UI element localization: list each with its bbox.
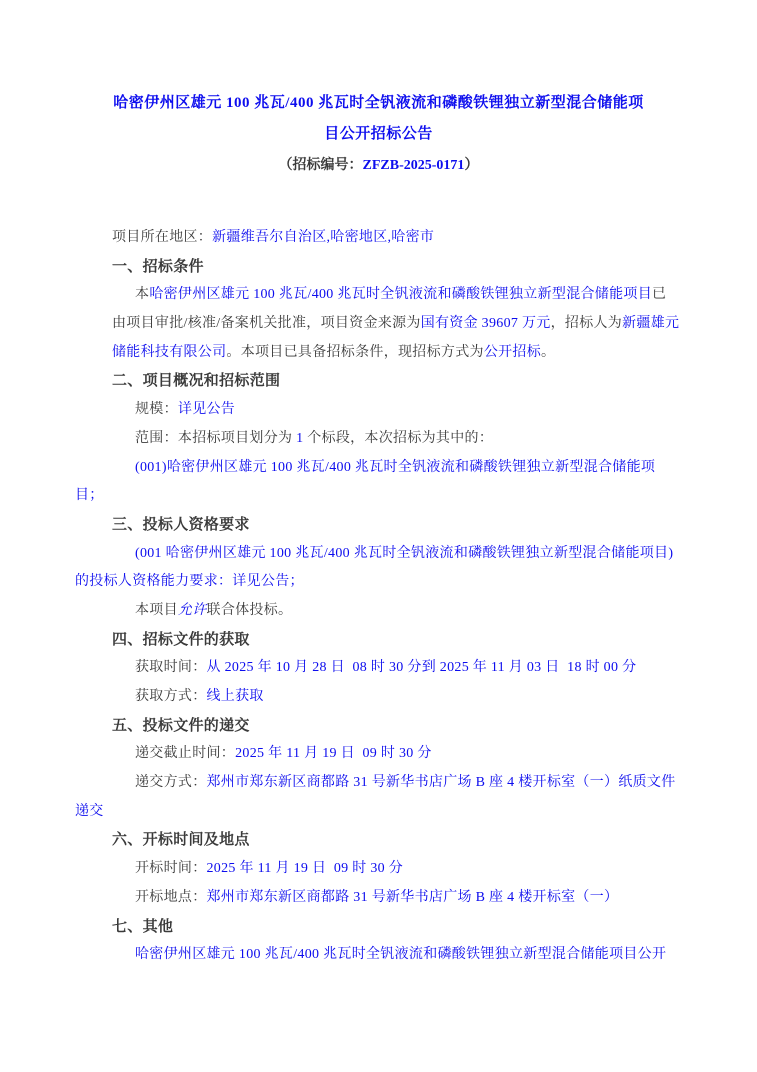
document-title-line-2: 目公开招标公告 xyxy=(0,119,757,150)
text-segment: 递交截止时间： xyxy=(135,746,235,761)
text-segment: 线上获取 xyxy=(207,689,264,704)
text-segment: 由项目审批/核准/备案机关批准，项目资金来源为 xyxy=(112,316,421,331)
text-segment: 储能科技有限公司 xyxy=(112,345,226,360)
section-1-paragraph-line-1: 本哈密伊州区雄元 100 兆瓦/400 兆瓦时全钒液流和磷酸铁锂独立新型混合储能… xyxy=(0,281,757,310)
tender-number-line: （招标编号：ZFZB-2025-0171） xyxy=(0,151,757,181)
text-segment: 郑州市郑东新区商都路 31 号新华书店广场 B 座 4 楼开标室（一） xyxy=(207,890,619,905)
tender-number-suffix: ） xyxy=(464,158,478,173)
text-segment: 递交方式： xyxy=(135,775,207,790)
text-segment: 六、开标时间及地点 xyxy=(112,832,250,848)
text-segment: 个标段，本次招标为其中的： xyxy=(303,431,493,446)
section-7-paragraph-line-1: 哈密伊州区雄元 100 兆瓦/400 兆瓦时全钒液流和磷酸铁锂独立新型混合储能项… xyxy=(0,941,757,970)
text-segment: 郑州市郑东新区商都路 31 号新华书店广场 B 座 4 楼开标室（一）纸质文件 xyxy=(207,775,676,790)
announcement-document: 哈密伊州区雄元 100 兆瓦/400 兆瓦时全钒液流和磷酸铁锂独立新型混合储能项… xyxy=(0,0,757,1072)
text-segment: 获取方式： xyxy=(135,689,207,704)
text-segment: 目； xyxy=(75,488,104,503)
text-segment: 国有资金 39607 万元 xyxy=(421,316,551,331)
submission-method-line-2: 递交 xyxy=(0,798,757,827)
section-7-heading: 七、其他 xyxy=(0,913,757,942)
text-segment: 。本项目已具备招标条件，现招标方式为 xyxy=(226,345,483,360)
opening-place-line: 开标地点：郑州市郑东新区商都路 31 号新华书店广场 B 座 4 楼开标室（一） xyxy=(0,884,757,913)
text-segment: 四、招标文件的获取 xyxy=(112,632,250,648)
section-1-paragraph-line-2: 由项目审批/核准/备案机关批准，项目资金来源为国有资金 39607 万元，招标人… xyxy=(0,310,757,339)
text-segment: 开标地点： xyxy=(135,890,207,905)
tender-number-value: ZFZB-2025-0171 xyxy=(363,158,465,173)
text-segment: 递交 xyxy=(75,804,104,819)
text-segment: 允许 xyxy=(178,603,207,618)
tender-number-prefix: （招标编号： xyxy=(279,158,363,173)
text-segment: 哈密伊州区雄元 100 兆瓦/400 兆瓦时全钒液流和磷酸铁锂独立新型混合储能项… xyxy=(149,287,652,302)
obtain-method-line: 获取方式：线上获取 xyxy=(0,683,757,712)
text-segment: 三、投标人资格要求 xyxy=(112,517,250,533)
text-segment: 范围：本招标项目划分为 xyxy=(135,431,296,446)
text-segment: 五、投标文件的递交 xyxy=(112,718,250,734)
text-segment: 本 xyxy=(135,287,149,302)
submission-deadline-line: 递交截止时间：2025 年 11 月 19 日 09 时 30 分 xyxy=(0,740,757,769)
qualification-line-2: 的投标人资格能力要求：详见公告； xyxy=(0,568,757,597)
text-segment: ，招标人为 xyxy=(551,316,623,331)
consortium-line: 本项目允许联合体投标。 xyxy=(0,597,757,626)
text-segment: 七、其他 xyxy=(112,919,173,935)
text-segment: 新疆雄元 xyxy=(622,316,679,331)
text-segment: 规模： xyxy=(135,402,178,417)
document-title: 哈密伊州区雄元 100 兆瓦/400 兆瓦时全钒液流和磷酸铁锂独立新型混合储能项… xyxy=(0,0,757,150)
text-segment: 公开招标 xyxy=(484,345,541,360)
qualification-line-1: (001 哈密伊州区雄元 100 兆瓦/400 兆瓦时全钒液流和磷酸铁锂独立新型… xyxy=(0,540,757,569)
section-4-heading: 四、招标文件的获取 xyxy=(0,626,757,655)
document-body: 项目所在地区：新疆维吾尔自治区,哈密地区,哈密市一、招标条件本哈密伊州区雄元 1… xyxy=(0,224,757,970)
text-segment: 联合体投标。 xyxy=(207,603,293,618)
document-title-line-1: 哈密伊州区雄元 100 兆瓦/400 兆瓦时全钒液流和磷酸铁锂独立新型混合储能项 xyxy=(0,88,757,119)
section-1-paragraph-line-3: 储能科技有限公司。本项目已具备招标条件，现招标方式为公开招标。 xyxy=(0,339,757,368)
section-5-heading: 五、投标文件的递交 xyxy=(0,712,757,741)
lot-line-2: 目； xyxy=(0,482,757,511)
text-segment: (001)哈密伊州区雄元 100 兆瓦/400 兆瓦时全钒液流和磷酸铁锂独立新型… xyxy=(135,460,655,475)
text-segment: 已 xyxy=(652,287,666,302)
section-6-heading: 六、开标时间及地点 xyxy=(0,826,757,855)
text-segment: 二、项目概况和招标范围 xyxy=(112,373,280,389)
section-1-heading: 一、招标条件 xyxy=(0,253,757,282)
text-segment: 2025 年 11 月 19 日 09 时 30 分 xyxy=(207,861,404,876)
text-segment: 哈密伊州区雄元 100 兆瓦/400 兆瓦时全钒液流和磷酸铁锂独立新型混合储能项… xyxy=(135,947,666,962)
text-segment: 获取时间： xyxy=(135,660,207,675)
text-segment: 新疆维吾尔自治区,哈密地区,哈密市 xyxy=(212,230,434,245)
text-segment: 的投标人资格能力要求：详见公告； xyxy=(75,574,304,589)
lot-line-1: (001)哈密伊州区雄元 100 兆瓦/400 兆瓦时全钒液流和磷酸铁锂独立新型… xyxy=(0,454,757,483)
text-segment: 从 2025 年 10 月 28 日 08 时 30 分到 2025 年 11 … xyxy=(207,660,637,675)
text-segment: 详见公告 xyxy=(178,402,235,417)
project-location-line: 项目所在地区：新疆维吾尔自治区,哈密地区,哈密市 xyxy=(0,224,757,253)
text-segment: (001 哈密伊州区雄元 100 兆瓦/400 兆瓦时全钒液流和磷酸铁锂独立新型… xyxy=(135,546,673,561)
section-3-heading: 三、投标人资格要求 xyxy=(0,511,757,540)
section-2-heading: 二、项目概况和招标范围 xyxy=(0,367,757,396)
obtain-time-line: 获取时间：从 2025 年 10 月 28 日 08 时 30 分到 2025 … xyxy=(0,654,757,683)
submission-method-line-1: 递交方式：郑州市郑东新区商都路 31 号新华书店广场 B 座 4 楼开标室（一）… xyxy=(0,769,757,798)
text-segment: 项目所在地区： xyxy=(112,230,212,245)
text-segment: 开标时间： xyxy=(135,861,207,876)
scope-line: 范围：本招标项目划分为 1 个标段，本次招标为其中的： xyxy=(0,425,757,454)
text-segment: 。 xyxy=(541,345,555,360)
opening-time-line: 开标时间：2025 年 11 月 19 日 09 时 30 分 xyxy=(0,855,757,884)
text-segment: 2025 年 11 月 19 日 09 时 30 分 xyxy=(235,746,432,761)
scale-line: 规模：详见公告 xyxy=(0,396,757,425)
text-segment: 本项目 xyxy=(135,603,178,618)
text-segment: 一、招标条件 xyxy=(112,259,204,275)
